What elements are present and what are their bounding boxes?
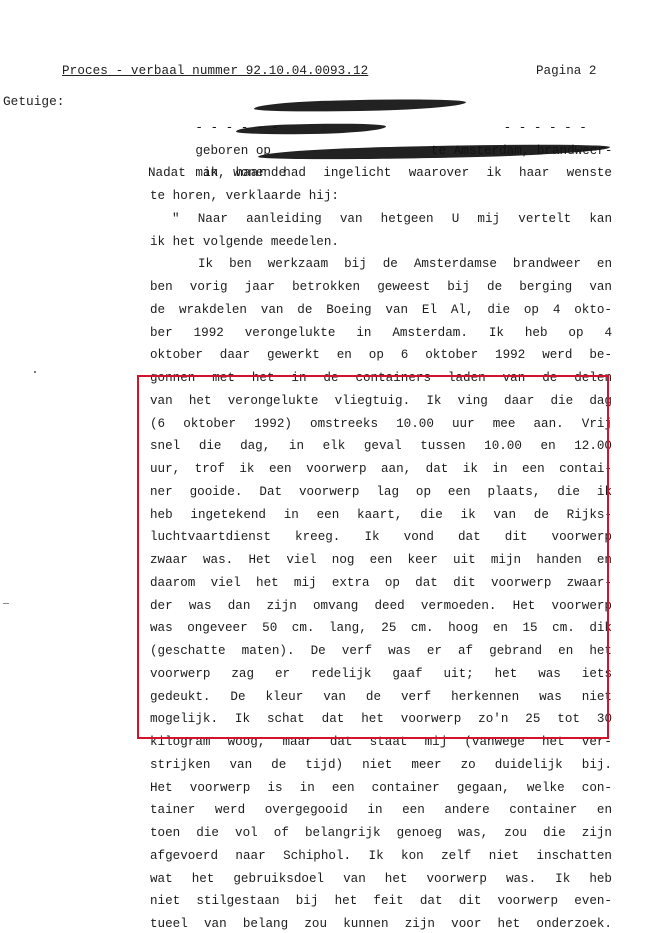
highlighted-line: (6 oktober 1992) omstreeks 10.00 uur mee…: [150, 413, 612, 436]
scanned-document-page: Proces - verbaal nummer 92.10.04.0093.12…: [0, 0, 668, 933]
statement-line: wat het gebruiksdoel van het voorwerp wa…: [150, 868, 612, 891]
statement-line: oktober daar gewerkt en op 6 oktober 199…: [150, 344, 612, 367]
statement-line: toen die vol of belangrijk genoeg was, z…: [150, 822, 612, 845]
redaction-address: [258, 142, 610, 161]
page-number: Pagina 2: [536, 64, 596, 78]
highlighted-line: daarom viel het mij extra op dat dit voo…: [150, 572, 612, 595]
statement-line: ben vorig jaar betrokken geweest bij de …: [150, 276, 612, 299]
highlighted-line: (geschatte maten). De verf was er af geb…: [150, 640, 612, 663]
highlighted-line: mogelijk. Ik schat dat het voorwerp zo'n…: [150, 708, 612, 731]
highlighted-line: was ongeveer 50 cm. lang, 25 cm. hoog en…: [150, 617, 612, 640]
statement-line: Ik ben werkzaam bij de Amsterdamse brand…: [150, 253, 612, 276]
report-number-heading: Proces - verbaal nummer 92.10.04.0093.12: [62, 64, 368, 78]
statement-line: " Naar aanleiding van hetgeen U mij vert…: [150, 208, 612, 231]
statement-line: tainer werd overgegooid in een andere co…: [150, 799, 612, 822]
statement-line: gonnen met het in de containers laden va…: [150, 367, 612, 390]
statement-line: niet stilgestaan bij het feit dat dit vo…: [150, 890, 612, 913]
highlighted-line: ner gooide. Dat voorwerp lag op een plaa…: [150, 481, 612, 504]
redaction-name: [254, 98, 466, 113]
statement-line: tueel van belang zou kunnen zijn voor he…: [150, 913, 612, 933]
statement-line: ik het volgende meedelen.: [150, 231, 612, 254]
highlighted-line: luchtvaartdienst kreeg. Ik vond dat dit …: [150, 526, 612, 549]
highlighted-line: gedeukt. De kleur van de verf herkennen …: [150, 686, 612, 709]
highlighted-line: zwaar was. Het viel nog een keer uit mij…: [150, 549, 612, 572]
statement-body: - - - - - - - - - - - - geboren op te Am…: [150, 94, 612, 933]
highlighted-line: van het verongelukte vliegtuig. Ik ving …: [150, 390, 612, 413]
statement-line: ber 1992 verongelukte in Amsterdam. Ik h…: [150, 322, 612, 345]
highlighted-line: voorwerp zag er redelijk gaaf uit; het w…: [150, 663, 612, 686]
highlighted-line: strijken van de tijd) niet meer zo duide…: [150, 754, 612, 777]
margin-mark: [3, 603, 9, 604]
highlighted-line: heb ingetekend in een kaart, die ik van …: [150, 504, 612, 527]
statement-line: Het voorwerp is in een container gegaan,…: [150, 777, 612, 800]
highlighted-line: kilogram woog, maar dat staat mij (vanwe…: [150, 731, 612, 754]
statement-line: geboren op te Amsterdam, brandweer-: [150, 117, 612, 140]
statement-line: - - - - - - - - - - - -: [150, 94, 612, 117]
highlighted-line: uur, trof ik een voorwerp aan, dat ik in…: [150, 458, 612, 481]
witness-label: Getuige:: [3, 94, 64, 109]
statement-line: afgevoerd naar Schiphol. Ik kon zelf nie…: [150, 845, 612, 868]
highlighted-line: der was dan zijn omvang deed vermoeden. …: [150, 595, 612, 618]
statement-line: man, wonende: [150, 140, 612, 163]
statement-line: Nadat ik haar had ingelicht waarover ik …: [148, 162, 612, 185]
statement-line: de wrakdelen van de Boeing van El Al, di…: [150, 299, 612, 322]
margin-mark: [34, 371, 36, 373]
statement-line: te horen, verklaarde hij:: [150, 185, 612, 208]
highlighted-line: snel die dag, in elk geval tussen 10.00 …: [150, 435, 612, 458]
redaction-birthdate: [236, 122, 386, 135]
